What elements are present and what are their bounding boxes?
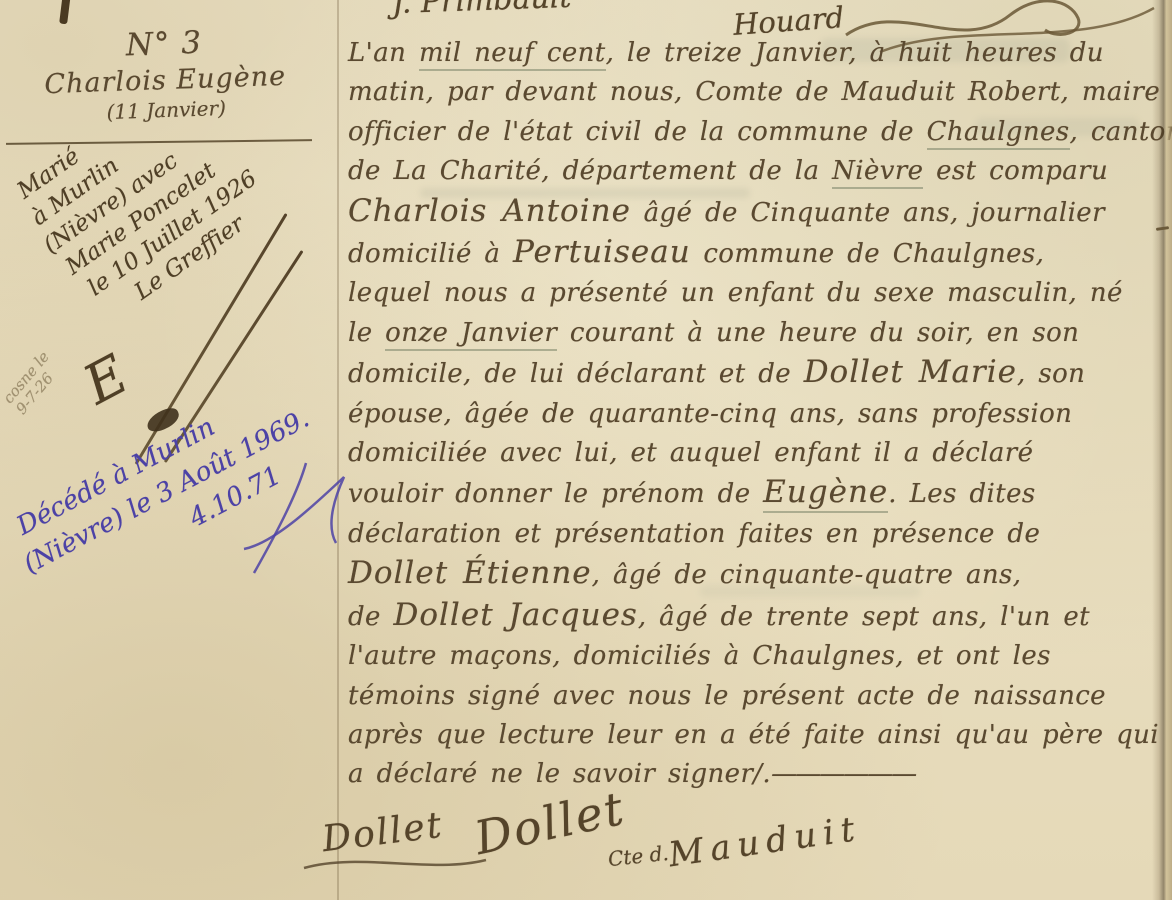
register-page: { "colors": { "paper": "#e9dfc2", "brown… xyxy=(0,0,1172,900)
act-text: est comparu xyxy=(923,156,1108,186)
act-text: déclaration et présentation faites en pr… xyxy=(348,519,1040,549)
page-edge xyxy=(1152,0,1172,900)
act-text: lequel nous a présenté un enfant du sexe… xyxy=(348,278,1123,308)
act-body-line: domiciliée avec lui, et auquel enfant il… xyxy=(348,434,1168,473)
officer-signature: Mauduit xyxy=(666,809,864,876)
act-text: le xyxy=(348,318,385,348)
act-body-line: après que lecture leur en a été faite ai… xyxy=(348,716,1168,755)
act-place-name: Pertuiseau xyxy=(513,234,691,270)
act-body: L'an mil neuf cent, le treize Janvier, à… xyxy=(348,34,1168,795)
act-body-line: officier de l'état civil de la commune d… xyxy=(348,113,1168,152)
act-text-underlined: mil neuf cent xyxy=(419,38,606,71)
act-body-line: le onze Janvier courant à une heure du s… xyxy=(348,314,1168,353)
act-body-line: matin, par devant nous, Comte de Mauduit… xyxy=(348,73,1168,112)
ink-mark xyxy=(59,0,71,24)
act-body-line: épouse, âgée de quarante-cinq ans, sans … xyxy=(348,395,1168,434)
act-body-line: a déclaré ne le savoir signer/.—————— xyxy=(348,755,1168,794)
act-text: domicilié à xyxy=(348,239,513,269)
act-text: commune de Chaulgnes, xyxy=(691,239,1045,269)
act-text: après que lecture leur en a été faite ai… xyxy=(348,720,1159,750)
act-text: de xyxy=(348,602,394,632)
act-text: domicile, de lui déclarant et de xyxy=(348,359,804,389)
act-text: vouloir donner le prénom de xyxy=(348,479,763,509)
act-text: a déclaré ne le savoir signer/. xyxy=(348,759,771,789)
act-body-line: de Dollet Jacques, âgé de trente sept an… xyxy=(348,596,1168,637)
act-body-line: témoins signé avec nous le présent acte … xyxy=(348,677,1168,716)
act-body-line: domicile, de lui déclarant et de Dollet … xyxy=(348,353,1168,394)
closing-rule: —————— xyxy=(771,759,915,789)
act-body-line: vouloir donner le prénom de Eugène. Les … xyxy=(348,473,1168,514)
act-text: courant à une heure du soir, en son xyxy=(557,318,1079,348)
act-text-underlined: Nièvre xyxy=(832,156,923,189)
act-text: témoins signé avec nous le présent acte … xyxy=(348,681,1106,711)
act-text: domiciliée avec lui, et auquel enfant il… xyxy=(348,438,1033,468)
officer-signature-title: Cte d. xyxy=(607,841,670,871)
act-person-name: Dollet Étienne xyxy=(348,555,592,591)
act-text: âgé de Cinquante ans, journalier xyxy=(631,198,1105,228)
act-text: , le treize Janvier, à huit heures du xyxy=(606,38,1104,68)
registry-stamp-note: cosne le 9-7-26 xyxy=(0,327,84,418)
act-body-line: domicilié à Pertuiseau commune de Chaulg… xyxy=(348,233,1168,274)
death-note-signature-flourish xyxy=(238,455,358,585)
previous-act-signature: J. Primbault xyxy=(391,0,572,21)
act-body-line: l'autre maçons, domiciliés à Chaulgnes, … xyxy=(348,637,1168,676)
act-text: , son xyxy=(1017,359,1085,389)
act-text: épouse, âgée de quarante-cinq ans, sans … xyxy=(348,399,1072,429)
act-person-name: Charlois Antoine xyxy=(348,193,631,229)
act-body-line: Charlois Antoine âgé de Cinquante ans, j… xyxy=(348,192,1168,233)
act-body-line: L'an mil neuf cent, le treize Janvier, à… xyxy=(348,34,1168,73)
act-body-line: de La Charité, département de la Nièvre … xyxy=(348,152,1168,191)
act-body-line: lequel nous a présenté un enfant du sexe… xyxy=(348,274,1168,313)
act-text-underlined: Chaulgnes xyxy=(927,117,1070,150)
act-text: l'autre maçons, domiciliés à Chaulgnes, … xyxy=(348,641,1051,671)
act-text-underlined: onze Janvier xyxy=(385,318,557,351)
act-text: L'an xyxy=(348,38,419,68)
act-text: de La Charité, département de la xyxy=(348,156,832,186)
act-given-name: Eugène xyxy=(763,474,888,513)
act-text: . Les dites xyxy=(888,479,1035,509)
act-person-name: Dollet Marie xyxy=(804,354,1017,390)
witness-signature-flourish xyxy=(300,848,490,878)
greffier-signature-initial: E xyxy=(74,342,138,416)
act-text: officier de l'état civil de la commune d… xyxy=(348,117,927,147)
act-text: matin, par devant nous, Comte de Mauduit… xyxy=(348,77,1160,107)
act-body-line: Dollet Étienne, âgé de cinquante-quatre … xyxy=(348,554,1168,595)
act-body-line: déclaration et présentation faites en pr… xyxy=(348,515,1168,554)
act-text: , âgé de trente sept ans, l'un et xyxy=(638,602,1090,632)
act-text: , âgé de cinquante-quatre ans, xyxy=(592,560,1022,590)
act-person-name: Dollet Jacques xyxy=(394,597,638,633)
